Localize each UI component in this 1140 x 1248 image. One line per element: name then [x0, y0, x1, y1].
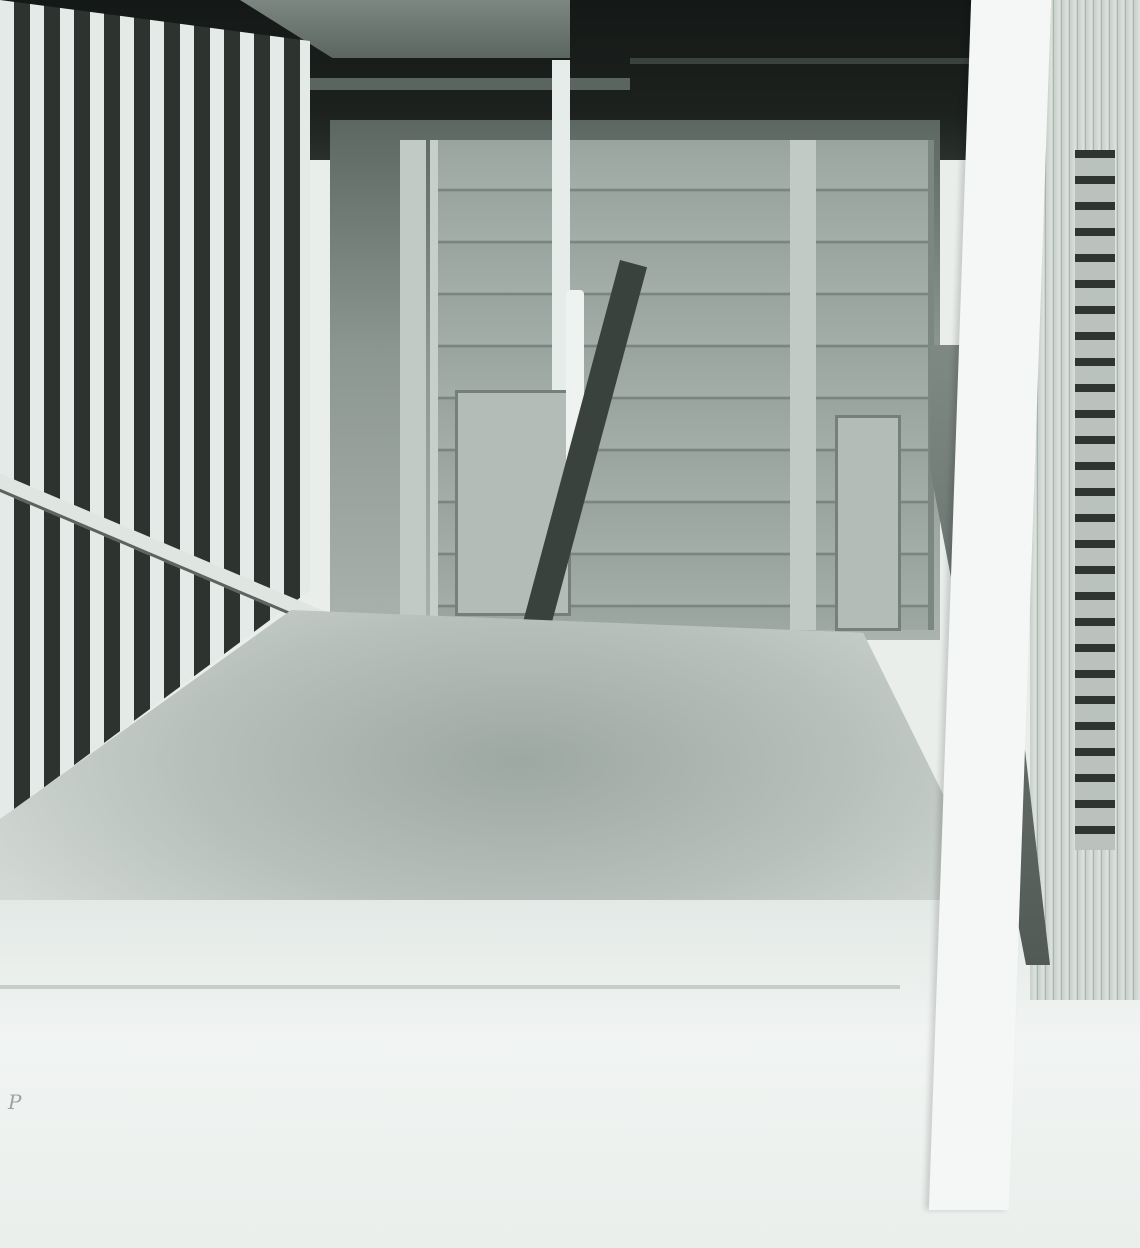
photograph: P [0, 0, 1140, 1248]
ceiling-beam [300, 78, 630, 90]
door-post-left [400, 140, 426, 630]
floor-edge [0, 985, 900, 989]
door-panel-right [835, 415, 901, 631]
gear-rack [1075, 150, 1115, 850]
handwritten-mark: P [8, 1090, 21, 1114]
door-post-right [790, 140, 816, 630]
